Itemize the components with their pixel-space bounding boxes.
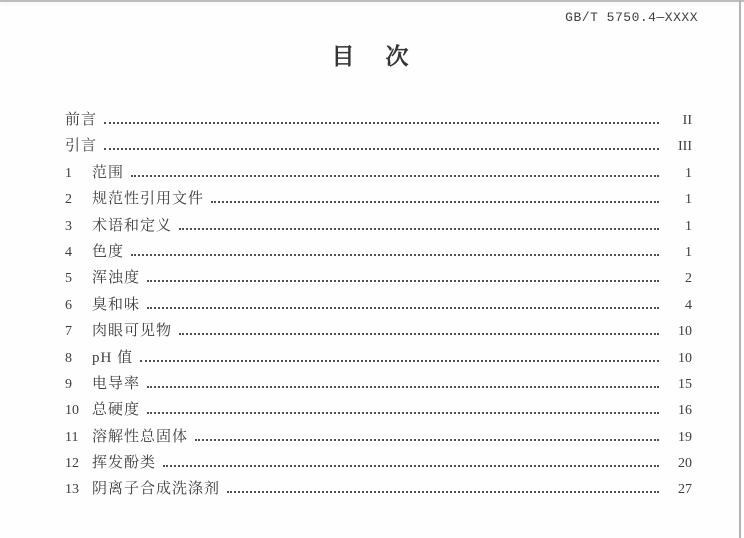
toc-dot-leader <box>211 198 659 203</box>
toc-dot-leader <box>195 436 659 441</box>
toc-entry-label: 电导率 <box>92 372 140 393</box>
toc-entry: 4 色度 1 <box>65 240 692 266</box>
toc-dot-leader <box>179 330 659 335</box>
toc-dot-leader <box>104 119 659 124</box>
toc-entry-number: 8 <box>65 351 92 367</box>
toc-entry: 引言 III <box>65 134 692 160</box>
toc-dot-leader <box>140 357 659 362</box>
toc-entry-page: 1 <box>666 245 692 261</box>
toc-dot-leader <box>147 383 659 388</box>
toc-entry-number: 1 <box>65 166 92 182</box>
toc-entry-number: 9 <box>65 377 92 393</box>
toc-entry: 7 肉眼可见物 10 <box>65 319 692 345</box>
toc-entry: 12 挥发酚类 20 <box>65 451 692 477</box>
toc-entry-page: 1 <box>666 219 692 235</box>
toc-dot-leader <box>147 277 659 282</box>
toc-entry-page: 1 <box>666 166 692 182</box>
toc-entry-page: 2 <box>666 271 692 287</box>
toc-entry-number: 2 <box>65 192 92 208</box>
toc-entry-label: 总硬度 <box>92 398 140 419</box>
document-page: GB/T 5750.4—XXXX 目 次 前言 II 引言 III 1 范围 1… <box>0 0 744 538</box>
toc-entry-label: 术语和定义 <box>92 214 172 235</box>
toc-dot-leader <box>163 462 659 467</box>
toc-entry-label: 色度 <box>92 240 124 261</box>
toc-dot-leader <box>104 145 659 150</box>
toc-entry: 1 范围 1 <box>65 161 692 187</box>
toc-entry: 5 浑浊度 2 <box>65 266 692 292</box>
toc-entry-page: 4 <box>666 298 692 314</box>
toc-entry-label: 阴离子合成洗涤剂 <box>92 477 220 498</box>
toc-entry-number: 3 <box>65 219 92 235</box>
toc-entry-page: III <box>666 139 692 155</box>
toc-entry-page: 1 <box>666 192 692 208</box>
toc-entry-label: pH 值 <box>92 346 133 367</box>
toc-entry-number: 11 <box>65 430 92 446</box>
toc-entry-label: 规范性引用文件 <box>92 187 204 208</box>
toc-dot-leader <box>131 251 659 256</box>
toc-entry-label: 引言 <box>65 134 97 155</box>
toc-entry-number: 4 <box>65 245 92 261</box>
toc-entry-page: 20 <box>666 456 692 472</box>
toc-entry-page: 15 <box>666 377 692 393</box>
toc-entry-page: 10 <box>666 324 692 340</box>
toc-entry-page: 10 <box>666 351 692 367</box>
toc-entry: 10 总硬度 16 <box>65 398 692 424</box>
toc-entry-label: 臭和味 <box>92 293 140 314</box>
toc-entry: 3 术语和定义 1 <box>65 214 692 240</box>
toc-entry-label: 浑浊度 <box>92 266 140 287</box>
toc-entry: 13 阴离子合成洗涤剂 27 <box>65 477 692 503</box>
toc-entry: 11 溶解性总固体 19 <box>65 425 692 451</box>
toc-entry: 2 规范性引用文件 1 <box>65 187 692 213</box>
toc-entry-page: 19 <box>666 430 692 446</box>
toc-entry-number: 7 <box>65 324 92 340</box>
toc-entry-label: 范围 <box>92 161 124 182</box>
toc-entry-number: 13 <box>65 482 92 498</box>
toc-entry-label: 前言 <box>65 108 97 129</box>
toc-entry-number: 10 <box>65 403 92 419</box>
toc-dot-leader <box>131 172 659 177</box>
page-title: 目 次 <box>0 38 744 71</box>
standard-number: GB/T 5750.4—XXXX <box>565 10 698 25</box>
toc-dot-leader <box>147 409 659 414</box>
toc-dot-leader <box>179 225 659 230</box>
toc-entry: 前言 II <box>65 108 692 134</box>
toc-list: 前言 II 引言 III 1 范围 1 2 规范性引用文件 1 3 术语和定义 … <box>65 108 692 504</box>
toc-entry-label: 挥发酚类 <box>92 451 156 472</box>
toc-entry-number: 5 <box>65 271 92 287</box>
toc-entry: 9 电导率 15 <box>65 372 692 398</box>
toc-entry-number: 12 <box>65 456 92 472</box>
page-top-border-line <box>0 0 744 2</box>
toc-entry-label: 溶解性总固体 <box>92 425 188 446</box>
toc-entry-page: II <box>666 113 692 129</box>
toc-entry-page: 27 <box>666 482 692 498</box>
page-right-border-line <box>739 0 741 538</box>
toc-dot-leader <box>147 304 659 309</box>
toc-dot-leader <box>227 488 659 493</box>
toc-entry-number: 6 <box>65 298 92 314</box>
toc-entry-page: 16 <box>666 403 692 419</box>
toc-entry: 8 pH 值 10 <box>65 346 692 372</box>
toc-entry-label: 肉眼可见物 <box>92 319 172 340</box>
toc-entry: 6 臭和味 4 <box>65 293 692 319</box>
